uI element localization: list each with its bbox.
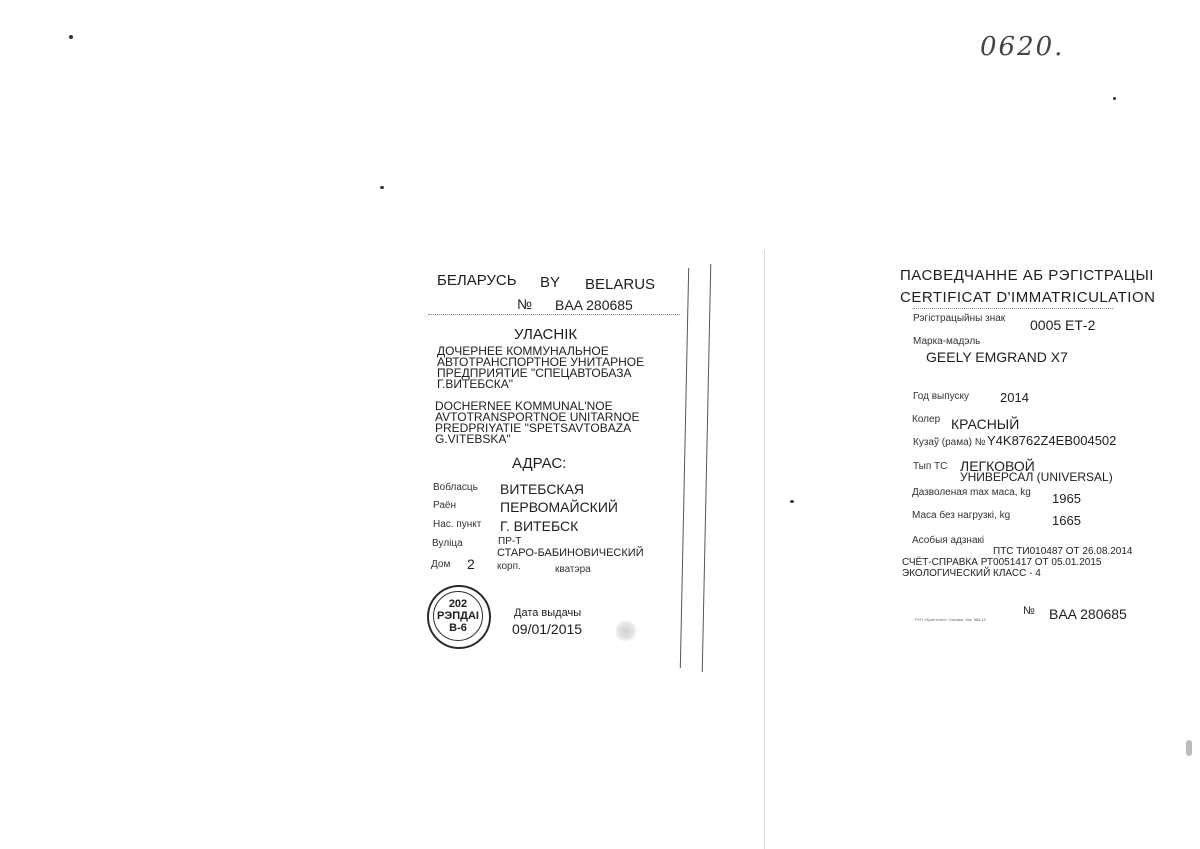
number-sign: № [517, 296, 532, 312]
body-label: Кузаў (рама) № [913, 437, 985, 448]
owner-name-lat: DOCHERNEE KOMMUNAL'NOE AVTOTRANSPORTNOE … [435, 401, 639, 445]
special-mark-pts: ПТС ТИ010487 ОТ 26.08.2014 [993, 546, 1132, 557]
apartment-label: кватэра [555, 564, 591, 575]
scan-speck [1113, 97, 1116, 100]
year-label: Год выпуску [913, 391, 969, 402]
dotted-divider [913, 308, 1113, 309]
district-label: Раён [433, 500, 456, 511]
year-value: 2014 [1000, 390, 1029, 405]
certificate-title-fr: CERTIFICAT D'IMMATRICULATION [900, 289, 1155, 306]
address-title: АДРАС: [512, 455, 566, 472]
country-en: BELARUS [585, 276, 655, 293]
unladen-mass-value: 1665 [1052, 513, 1081, 528]
country-code: BY [540, 274, 560, 291]
street-line1: ПР-Т [498, 536, 521, 547]
reg-plate-value: 0005 ЕТ-2 [1030, 317, 1095, 333]
max-mass-label: Дазволеная max маса, kg [912, 487, 1031, 498]
color-value: КРАСНЫЙ [951, 416, 1019, 432]
dotted-divider [428, 314, 680, 315]
registration-stamp: 202 РЭПДАІ В-6 [427, 585, 491, 649]
number-sign: № [1023, 605, 1035, 617]
fold-line [764, 250, 765, 849]
house-label: Дом [431, 559, 450, 570]
street-label: Вуліца [432, 538, 463, 549]
locality-value: Г. ВИТЕБСК [500, 518, 578, 534]
reg-plate-label: Рэгістрацыйны знак [913, 313, 1005, 324]
scan-speck [69, 35, 73, 39]
unladen-mass-label: Маса без нагрузкі, kg [912, 510, 1010, 521]
street-line2: СТАРО-БАБИНОВИЧЕСКИЙ [497, 547, 644, 559]
issue-date-label: Дата выдачы [514, 607, 581, 619]
house-value: 2 [467, 556, 475, 572]
special-mark-invoice: СЧЁТ-СПРАВКА РТ0051417 ОТ 05.01.2015 [902, 557, 1101, 568]
certificate-title-be: ПАСВЕДЧАННЕ АБ РЭГІСТРАЦЫІ [900, 267, 1154, 284]
owner-title: УЛАСНІК [514, 326, 577, 343]
document-number: BAA 280685 [555, 297, 633, 313]
owner-name-ru: ДОЧЕРНЕЕ КОММУНАЛЬНОЕ АВТОТРАНСПОРТНОЕ У… [437, 346, 644, 390]
vehicle-type-line2: УНИВЕРСАЛ (UNIVERSAL) [960, 470, 1113, 484]
special-marks-label: Асобыя адзнакі [912, 535, 984, 546]
page-edge-line [702, 264, 712, 672]
country-be: БЕЛАРУСЬ [437, 272, 517, 289]
max-mass-value: 1965 [1052, 491, 1081, 506]
issue-date: 09/01/2015 [512, 621, 582, 637]
district-value: ПЕРВОМАЙСКИЙ [500, 499, 618, 515]
region-value: ВИТЕБСКАЯ [500, 481, 584, 497]
vehicle-type-label: Тып ТС [913, 461, 947, 472]
scan-speck [1186, 740, 1192, 756]
document-number-right: BAA 280685 [1049, 606, 1127, 622]
make-model-value: GEELY EMGRAND X7 [926, 349, 1068, 365]
scan-speck [790, 500, 794, 503]
color-label: Колер [912, 414, 940, 425]
region-label: Вобласць [433, 482, 478, 493]
printer-note: РУП «Криптотех» Гознака. Зак. 584-12 [915, 617, 986, 622]
special-mark-eco-class: ЭКОЛОГИЧЕСКИЙ КЛАСС - 4 [902, 568, 1041, 579]
locality-label: Нас. пункт [433, 519, 481, 530]
handwritten-note: 0620. [980, 32, 1064, 62]
scan-speck [380, 186, 384, 189]
building-label: корп. [497, 561, 521, 572]
body-value: Y4K8762Z4EB004502 [987, 433, 1116, 448]
make-model-label: Марка-мадэль [913, 336, 980, 347]
seal-smudge [614, 620, 638, 642]
page-edge-line [680, 268, 689, 668]
